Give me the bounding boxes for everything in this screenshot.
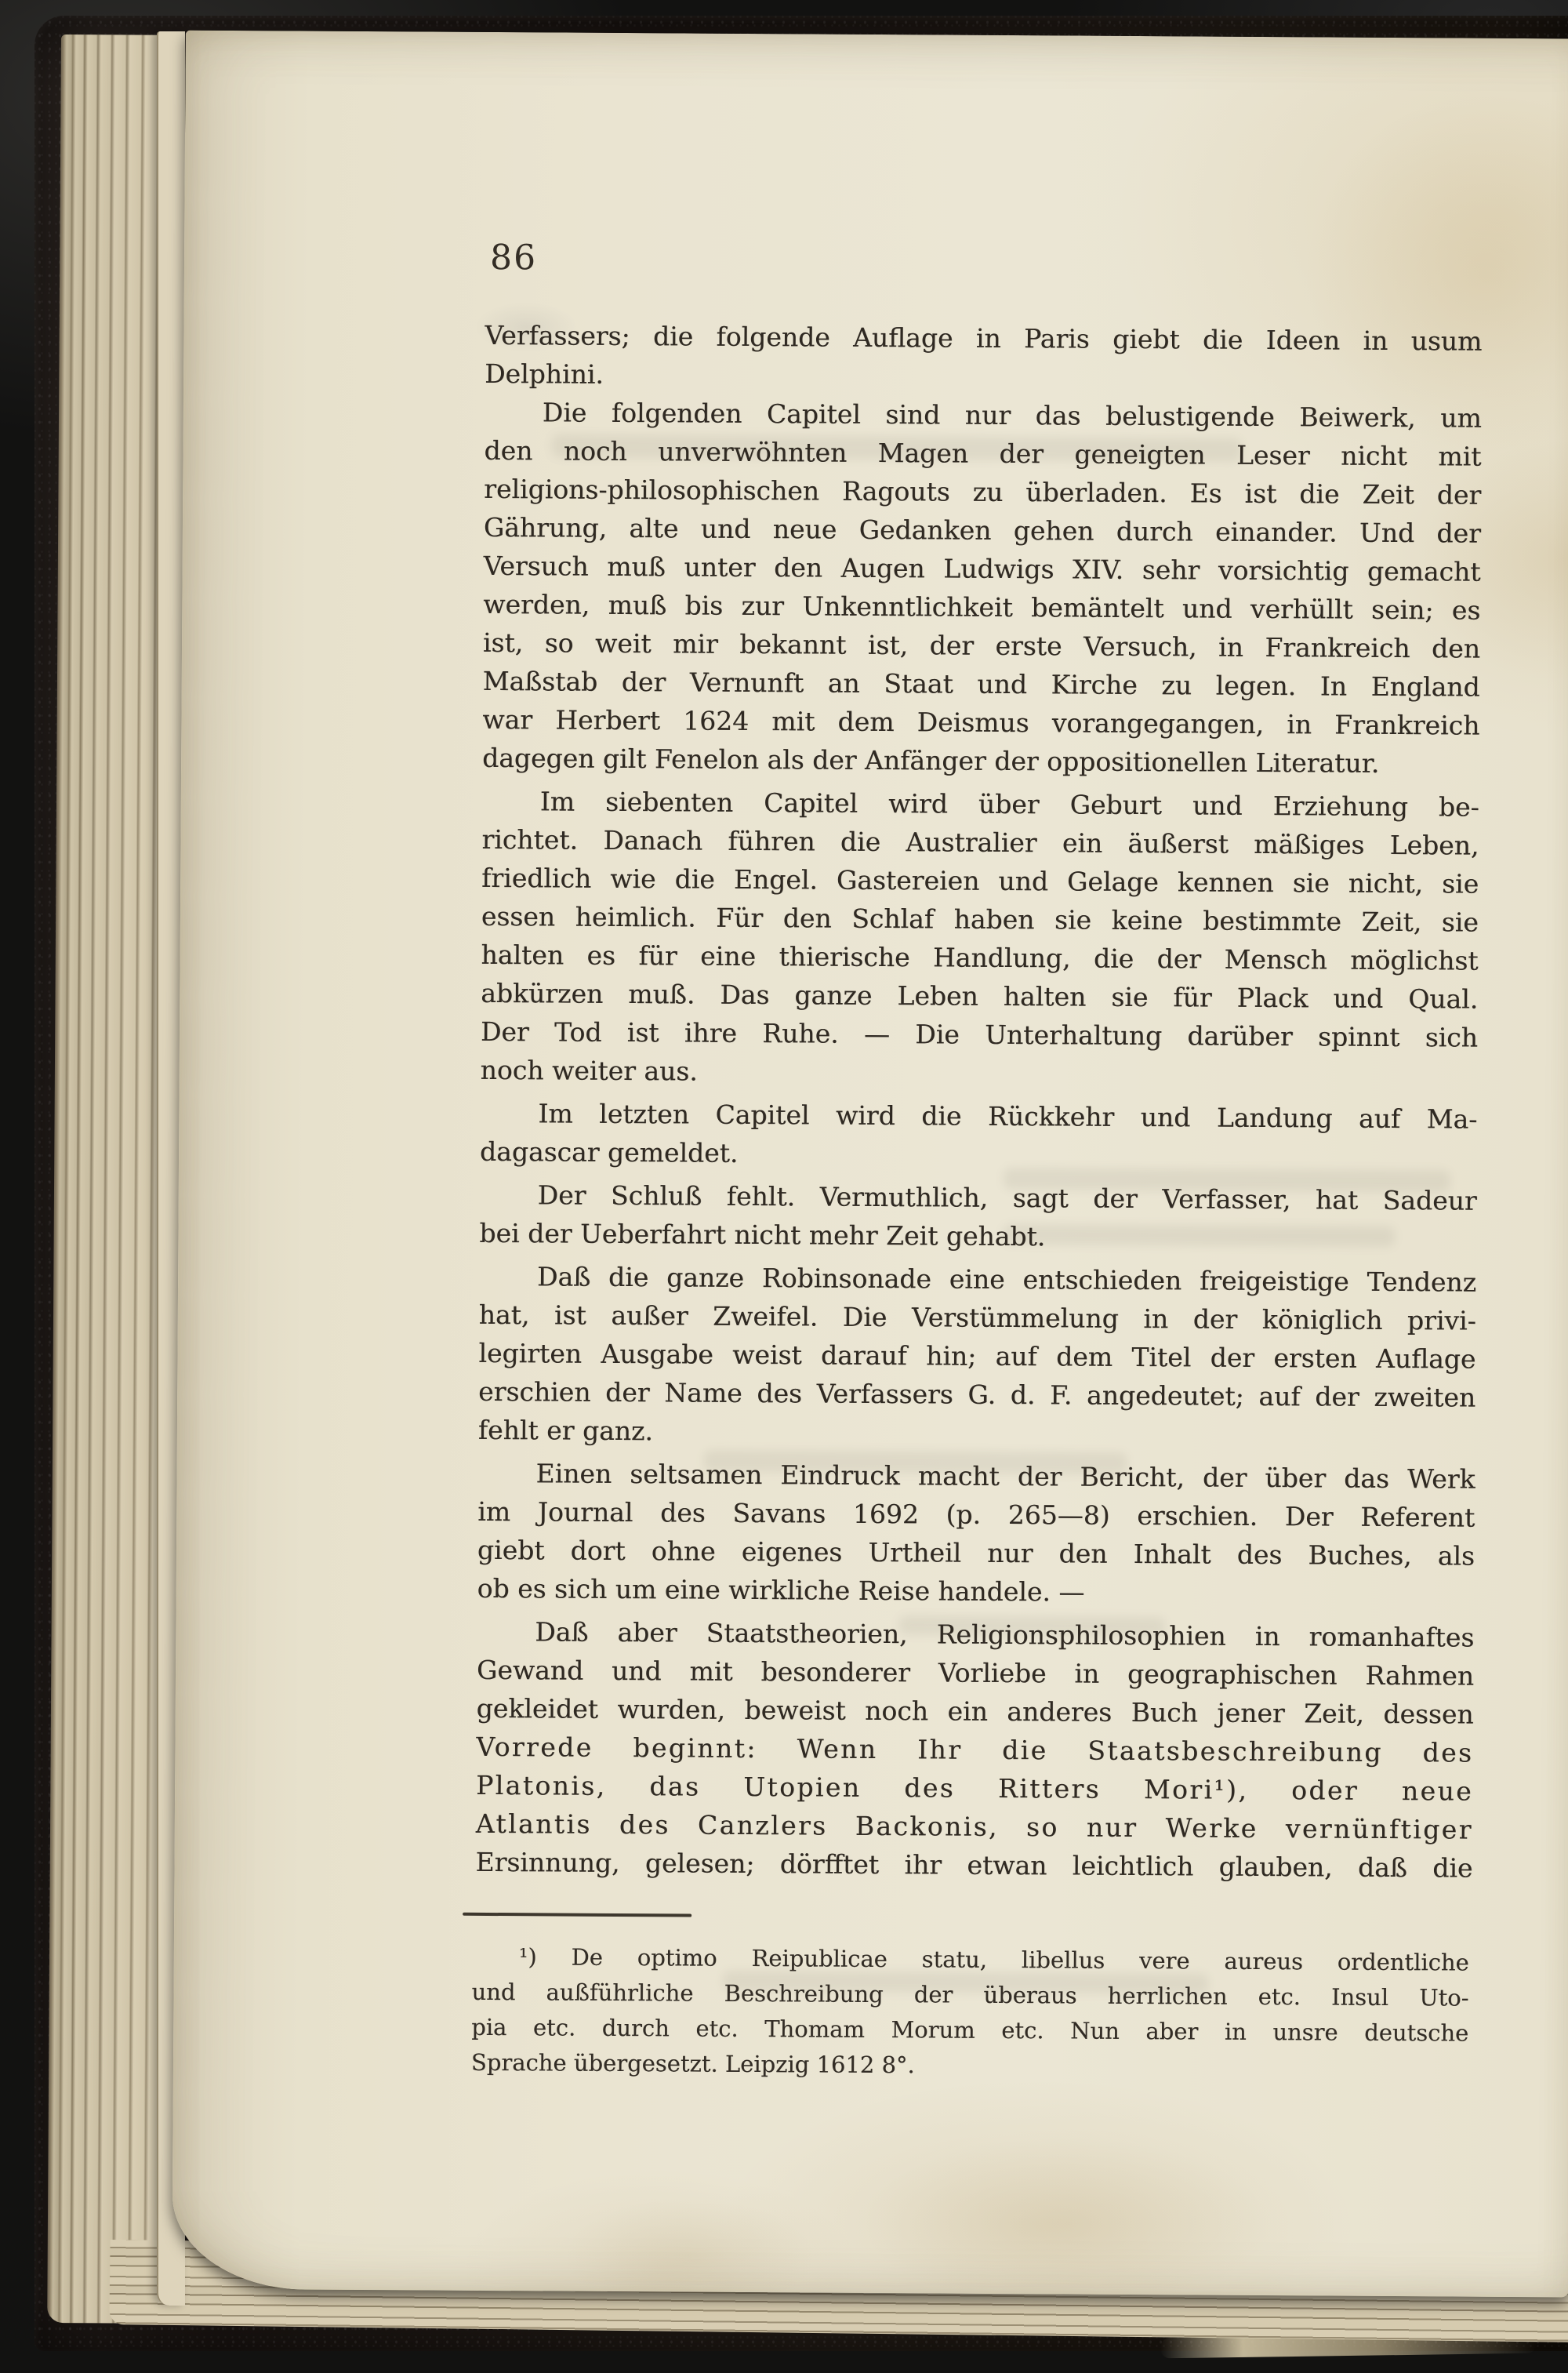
text-line: legirten Ausgabe weist darauf hin; auf d…	[478, 1334, 1475, 1379]
text-line: erschien der Name des Verfassers G. d. F…	[478, 1372, 1475, 1417]
page-number: 86	[490, 238, 537, 278]
paper-stain	[862, 2136, 1270, 2298]
text-line: Maßstab der Vernunft an Staat und Kirche…	[483, 662, 1480, 707]
text-line: Atlantis des Canzlers Backonis, so nur W…	[476, 1804, 1473, 1849]
text-line: essen heimlich. Für den Schlaf haben sie…	[481, 897, 1479, 942]
text-line: abkürzen muß. Das ganze Leben halten sie…	[481, 974, 1478, 1019]
text-line: Im siebenten Capitel wird über Geburt un…	[482, 782, 1479, 827]
text-line: Ersinnung, gelesen; dörfftet ihr etwan l…	[475, 1843, 1472, 1888]
text-line: ist, so weit mir bekannt ist, der erste …	[483, 623, 1480, 668]
text-line: gekleidet wurden, beweist noch ein ander…	[477, 1689, 1474, 1734]
paragraph-1: Verfassers; die folgende Auflage in Pari…	[485, 316, 1483, 399]
paragraph-4: Im letzten Capitel wird die Rückkehr und…	[480, 1094, 1478, 1177]
paragraph-6: Daß die ganze Robinsonade eine entschied…	[478, 1257, 1476, 1455]
text-line: Daß aber Staatstheorien, Religionsphilos…	[477, 1612, 1474, 1657]
text-line: dagegen gilt Fenelon als der Anfänger de…	[482, 739, 1479, 783]
text-line: Im letzten Capitel wird die Rückkehr und…	[480, 1094, 1477, 1139]
text-line: Daß die ganze Robinsonade eine entschied…	[479, 1257, 1476, 1302]
footnote-line: pia etc. durch etc. Thomam Morum etc. Nu…	[471, 2010, 1468, 2051]
paragraph-2: Die folgenden Capitel sind nur das belus…	[482, 393, 1482, 783]
paragraph-8: Daß aber Staatstheorien, Religionsphilos…	[475, 1612, 1474, 1888]
text-line: Vorrede beginnt: Wenn Ihr die Staatsbesc…	[476, 1728, 1473, 1772]
text-line: den noch unverwöhnten Magen der geneigte…	[484, 431, 1481, 476]
text-line: richtet. Danach führen die Australier ei…	[481, 820, 1479, 865]
text-block: Verfassers; die folgende Auflage in Pari…	[475, 316, 1482, 1888]
text-line: hat, ist außer Zweifel. Die Verstümmelun…	[479, 1296, 1476, 1340]
text-line: friedlich wie die Engel. Gastereien und …	[481, 859, 1479, 903]
text-line: bei der Ueberfahrt nicht mehr Zeit gehab…	[479, 1214, 1476, 1259]
text-line: Gewand und mit besonderer Vorliebe in ge…	[477, 1651, 1474, 1695]
text-line: Der Schluß fehlt. Vermuthlich, sagt der …	[480, 1176, 1477, 1220]
text-line: Der Tod ist ihre Ruhe. — Die Unterhaltun…	[481, 1012, 1478, 1057]
book-photo: 86 Verfassers; die folgende Auflage in P…	[0, 0, 1568, 2373]
text-line: war Herbert 1624 mit dem Deismus vorange…	[482, 700, 1479, 745]
text-line: Platonis, das Utopien des Ritters Mori¹)…	[476, 1766, 1473, 1811]
text-line: Verfassers; die folgende Auflage in Pari…	[485, 316, 1482, 361]
text-line: Gährung, alte und neue Gedanken gehen du…	[484, 508, 1481, 553]
footnote: ¹) De optimo Reipublicae statu, libellus…	[471, 1939, 1469, 2087]
paper-stain	[564, 2197, 815, 2298]
text-line: Die folgenden Capitel sind nur das belus…	[485, 393, 1482, 438]
paragraph-7: Einen seltsamen Eindruck macht der Beric…	[477, 1454, 1475, 1614]
book-page: 86 Verfassers; die folgende Auflage in P…	[172, 31, 1568, 2298]
text-line: noch weiter aus.	[481, 1051, 1478, 1096]
paragraph-5: Der Schluß fehlt. Vermuthlich, sagt der …	[479, 1176, 1477, 1259]
text-line: dagascar gemeldet.	[480, 1132, 1477, 1177]
text-line: ob es sich um eine wirkliche Reise hande…	[477, 1569, 1475, 1614]
text-line: religions-philosophischen Ragouts zu übe…	[484, 470, 1481, 514]
text-line: Einen seltsamen Eindruck macht der Beric…	[477, 1454, 1475, 1499]
text-line: Versuch muß unter den Augen Ludwigs XIV.…	[483, 547, 1480, 591]
text-line: halten es für eine thierische Handlung, …	[481, 936, 1478, 980]
text-line: Delphini.	[485, 354, 1482, 399]
text-line: fehlt er ganz.	[478, 1411, 1475, 1455]
text-line: im Journal des Savans 1692 (p. 265—8) er…	[477, 1492, 1475, 1537]
footnote-line: ¹) De optimo Reipublicae statu, libellus…	[472, 1939, 1469, 1981]
text-line: giebt dort ohne eigenes Urtheil nur den …	[477, 1531, 1475, 1575]
footnote-line: und außführliche Beschreibung der überau…	[471, 1975, 1468, 2016]
text-line: werden, muß bis zur Unkenntlichkeit bemä…	[483, 585, 1480, 630]
paragraph-3: Im siebenten Capitel wird über Geburt un…	[481, 782, 1479, 1096]
footnote-line: Sprache übergesetzt. Leipzig 1612 8°.	[471, 2045, 1468, 2087]
footnote-separator	[463, 1913, 691, 1917]
